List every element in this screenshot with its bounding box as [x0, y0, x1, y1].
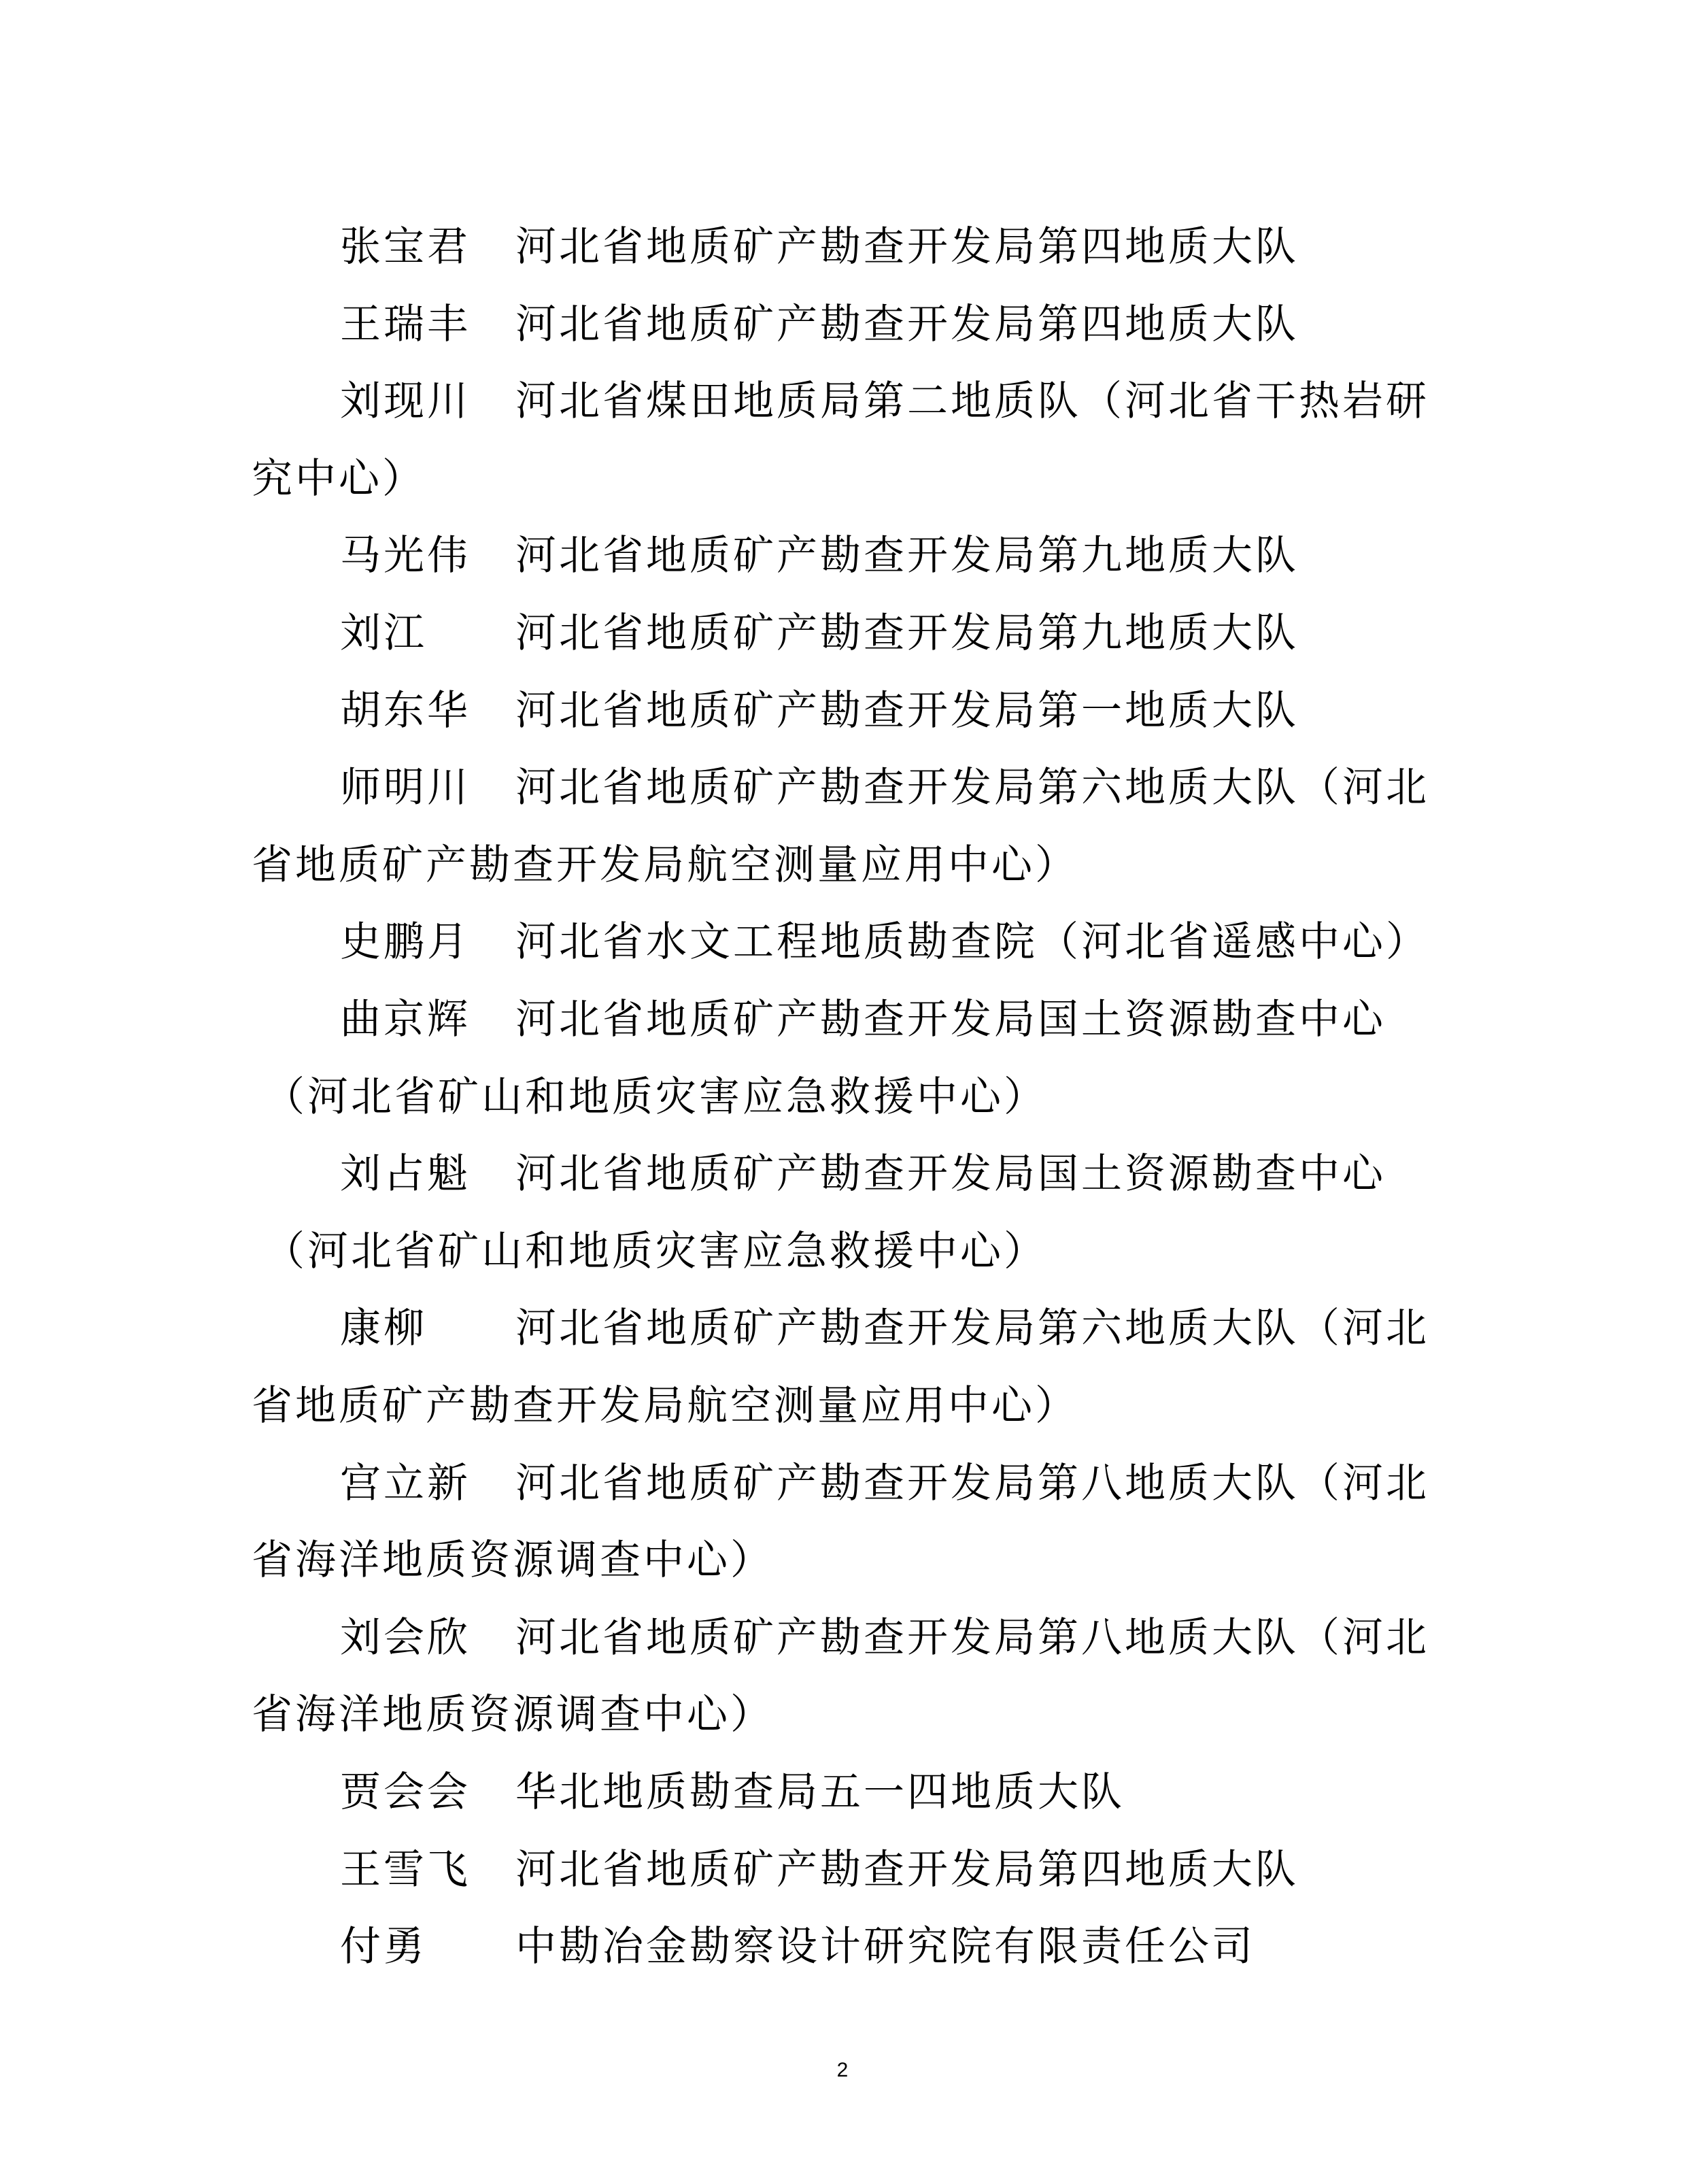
- organization-name: 河北省地质矿产勘查开发局国土资源勘查中心: [515, 1143, 1386, 1205]
- organization-name-continued: 省海洋地质资源调查中心）: [252, 1530, 774, 1591]
- organization-name: 河北省地质矿产勘查开发局第八地质大队（河北: [515, 1453, 1429, 1514]
- organization-name-continued: 省海洋地质资源调查中心）: [252, 1684, 774, 1745]
- organization-name-continued: 省地质矿产勘查开发局航空测量应用中心）: [252, 835, 1078, 896]
- person-name: 刘现川: [340, 371, 471, 432]
- organization-name: 河北省煤田地质局第二地质队（河北省干热岩研: [515, 371, 1429, 432]
- organization-name: 河北省地质矿产勘查开发局第九地质大队: [515, 603, 1299, 664]
- person-name: 史鹏月: [340, 911, 471, 973]
- person-name: 马光伟: [340, 525, 471, 586]
- organization-name: 华北地质勘查局五一四地质大队: [515, 1762, 1125, 1823]
- organization-name: 河北省地质矿产勘查开发局第六地质大队（河北: [515, 1298, 1429, 1359]
- organization-name: 河北省地质矿产勘查开发局第八地质大队（河北: [515, 1607, 1429, 1668]
- organization-name-continued: （河北省矿山和地质灾害应急救援中心）: [264, 1066, 1047, 1128]
- person-name: 曲京辉: [340, 989, 471, 1050]
- organization-name: 河北省地质矿产勘查开发局第四地质大队: [515, 294, 1299, 355]
- person-name: 宫立新: [340, 1453, 471, 1514]
- organization-name: 河北省地质矿产勘查开发局第四地质大队: [515, 216, 1299, 278]
- organization-name: 河北省地质矿产勘查开发局国土资源勘查中心: [515, 989, 1386, 1050]
- person-name: 刘江: [340, 603, 427, 664]
- document-page: 张宝君 河北省地质矿产勘查开发局第四地质大队 王瑞丰 河北省地质矿产勘查开发局第…: [0, 0, 1687, 2184]
- person-name: 刘占魁: [340, 1143, 471, 1205]
- organization-name-continued: （河北省矿山和地质灾害应急救援中心）: [264, 1221, 1047, 1282]
- person-name: 张宝君: [340, 216, 471, 278]
- person-name: 刘会欣: [340, 1607, 471, 1668]
- organization-name: 中勘冶金勘察设计研究院有限责任公司: [515, 1916, 1255, 1977]
- organization-name: 河北省地质矿产勘查开发局第六地质大队（河北: [515, 757, 1429, 818]
- person-name: 付勇: [340, 1916, 427, 1977]
- person-name: 师明川: [340, 757, 471, 818]
- person-name: 王雪飞: [340, 1839, 471, 1900]
- page-number: 2: [832, 2058, 853, 2083]
- organization-name: 河北省地质矿产勘查开发局第四地质大队: [515, 1839, 1299, 1900]
- organization-name-continued: 省地质矿产勘查开发局航空测量应用中心）: [252, 1375, 1078, 1437]
- person-name: 贾会会: [340, 1762, 471, 1823]
- organization-name: 河北省地质矿产勘查开发局第九地质大队: [515, 525, 1299, 586]
- person-name: 胡东华: [340, 680, 471, 741]
- organization-name: 河北省水文工程地质勘查院（河北省遥感中心）: [515, 911, 1429, 973]
- person-name: 康柳: [340, 1298, 427, 1359]
- organization-name: 河北省地质矿产勘查开发局第一地质大队: [515, 680, 1299, 741]
- person-name: 王瑞丰: [340, 294, 471, 355]
- organization-name-continued: 究中心）: [252, 448, 426, 509]
